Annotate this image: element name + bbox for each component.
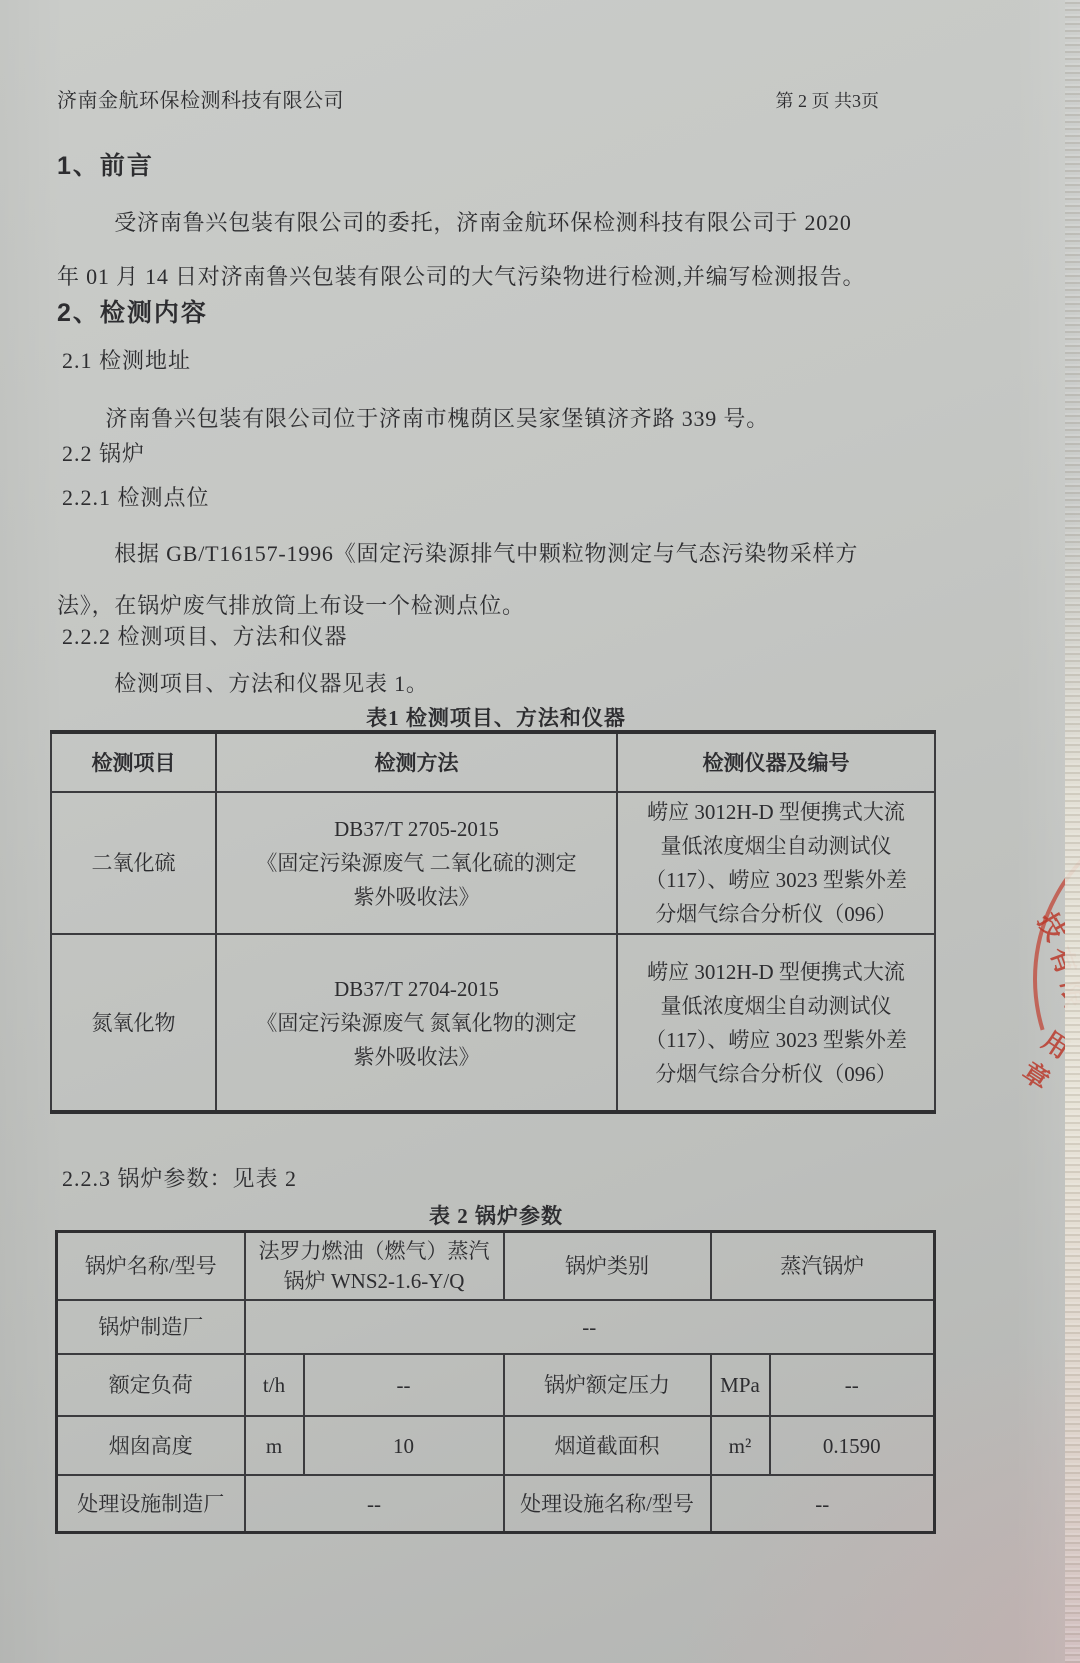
table-1-caption: 表1 检测项目、方法和仪器 [57,702,935,732]
table-1-row2-method: DB37/T 2704-2015 《固定污染源废气 氮氧化物的测定 紫外吸收法》 [216,934,617,1112]
table-1-row1-item: 二氧化硫 [51,792,216,934]
table-1-row1-instrument: 崂应 3012H-D 型便携式大流 量低浓度烟尘自动测试仪 （117）、崂应 3… [617,792,935,934]
table-1-row2-item: 氮氧化物 [51,934,216,1112]
table-1-header-instrument: 检测仪器及编号 [617,732,935,792]
table-2-boiler-parameters: 锅炉名称/型号 法罗力燃油（燃气）蒸汽 锅炉 WNS2-1.6-Y/Q 锅炉类别… [55,1230,936,1534]
table-1-header-method: 检测方法 [216,732,617,792]
table-1-header-row: 检测项目 检测方法 检测仪器及编号 [51,732,935,792]
table-row: 锅炉制造厂 -- [57,1300,935,1354]
company-name: 济南金航环保检测科技有限公司 [57,84,344,113]
paper-edge [1065,0,1080,1663]
t2-treatment-name-label: 处理设施名称/型号 [504,1475,711,1533]
section-1-paragraph: 受济南鲁兴包装有限公司的委托，济南金航环保检测科技有限公司于 2020 年 01… [57,196,893,304]
t2-stack-height-unit: m [245,1416,304,1475]
t2-boiler-class-label: 锅炉类别 [504,1232,711,1301]
table-row: 处理设施制造厂 -- 处理设施名称/型号 -- [57,1475,935,1533]
t2-treatment-name-value: -- [711,1475,935,1533]
t2-flue-area-unit: m² [711,1416,770,1475]
t2-rated-load-unit: t/h [245,1354,304,1416]
t2-manufacturer-value: -- [245,1300,935,1354]
table-1-row2-instrument: 崂应 3012H-D 型便携式大流 量低浓度烟尘自动测试仪 （117）、崂应 3… [617,934,935,1112]
t2-boiler-name-value: 法罗力燃油（燃气）蒸汽 锅炉 WNS2-1.6-Y/Q [245,1232,504,1301]
t2-rated-load-value: -- [304,1354,504,1416]
t2-stack-height-label: 烟囱高度 [57,1416,245,1475]
table-row: 烟囱高度 m 10 烟道截面积 m² 0.1590 [57,1416,935,1475]
section-2-1-paragraph: 济南鲁兴包装有限公司位于济南市槐荫区吴家堡镇济齐路 339 号。 [57,392,893,446]
table-2-caption: 表 2 锅炉参数 [57,1200,935,1230]
table-row: 额定负荷 t/h -- 锅炉额定压力 MPa -- [57,1354,935,1416]
t2-boiler-class-value: 蒸汽锅炉 [711,1232,935,1301]
table-row: 氮氧化物 DB37/T 2704-2015 《固定污染源废气 氮氧化物的测定 紫… [51,934,935,1112]
section-2-2-title: 2.2 锅炉 [62,437,145,468]
table-1-row1-method: DB37/T 2705-2015 《固定污染源废气 二氧化硫的测定 紫外吸收法》 [216,792,617,934]
t2-boiler-name-label: 锅炉名称/型号 [57,1232,245,1301]
section-2-2-2-title: 2.2.2 检测项目、方法和仪器 [62,620,348,651]
table-1-header-item: 检测项目 [51,732,216,792]
page-header: 济南金航环保检测科技有限公司 第 2 页 共3页 [57,84,879,113]
section-2-title: 2、检测内容 [57,293,208,329]
t2-flue-area-label: 烟道截面积 [504,1416,711,1475]
t2-stack-height-value: 10 [304,1416,504,1475]
table-1-methods-instruments: 检测项目 检测方法 检测仪器及编号 二氧化硫 DB37/T 2705-2015 … [50,730,936,1114]
section-1-title: 1、前言 [57,146,154,182]
section-2-2-1-paragraph: 根据 GB/T16157-1996《固定污染源排气中颗粒物测定与气态污染物采样方… [57,528,893,632]
t2-rated-pressure-label: 锅炉额定压力 [504,1354,711,1416]
document-photo: { "header": { "company": "济南金航环保检测科技有限公司… [0,0,1080,1663]
t2-treatment-manufacturer-value: -- [245,1475,504,1533]
section-2-2-1-title: 2.2.1 检测点位 [62,481,210,512]
stamp-arc-icon [971,741,1080,1217]
t2-treatment-manufacturer-label: 处理设施制造厂 [57,1475,245,1533]
t2-flue-area-value: 0.1590 [770,1416,935,1475]
t2-rated-pressure-unit: MPa [711,1354,770,1416]
page-number: 第 2 页 共3页 [776,87,880,113]
table-row: 锅炉名称/型号 法罗力燃油（燃气）蒸汽 锅炉 WNS2-1.6-Y/Q 锅炉类别… [57,1232,935,1301]
paper-edge-texture [1065,0,1080,1663]
t2-manufacturer-label: 锅炉制造厂 [57,1300,245,1354]
t2-rated-load-label: 额定负荷 [57,1354,245,1416]
table-row: 二氧化硫 DB37/T 2705-2015 《固定污染源废气 二氧化硫的测定 紫… [51,792,935,934]
section-2-2-3-title: 2.2.3 锅炉参数：见表 2 [62,1162,297,1193]
t2-rated-pressure-value: -- [770,1354,935,1416]
section-2-1-title: 2.1 检测地址 [62,344,191,375]
